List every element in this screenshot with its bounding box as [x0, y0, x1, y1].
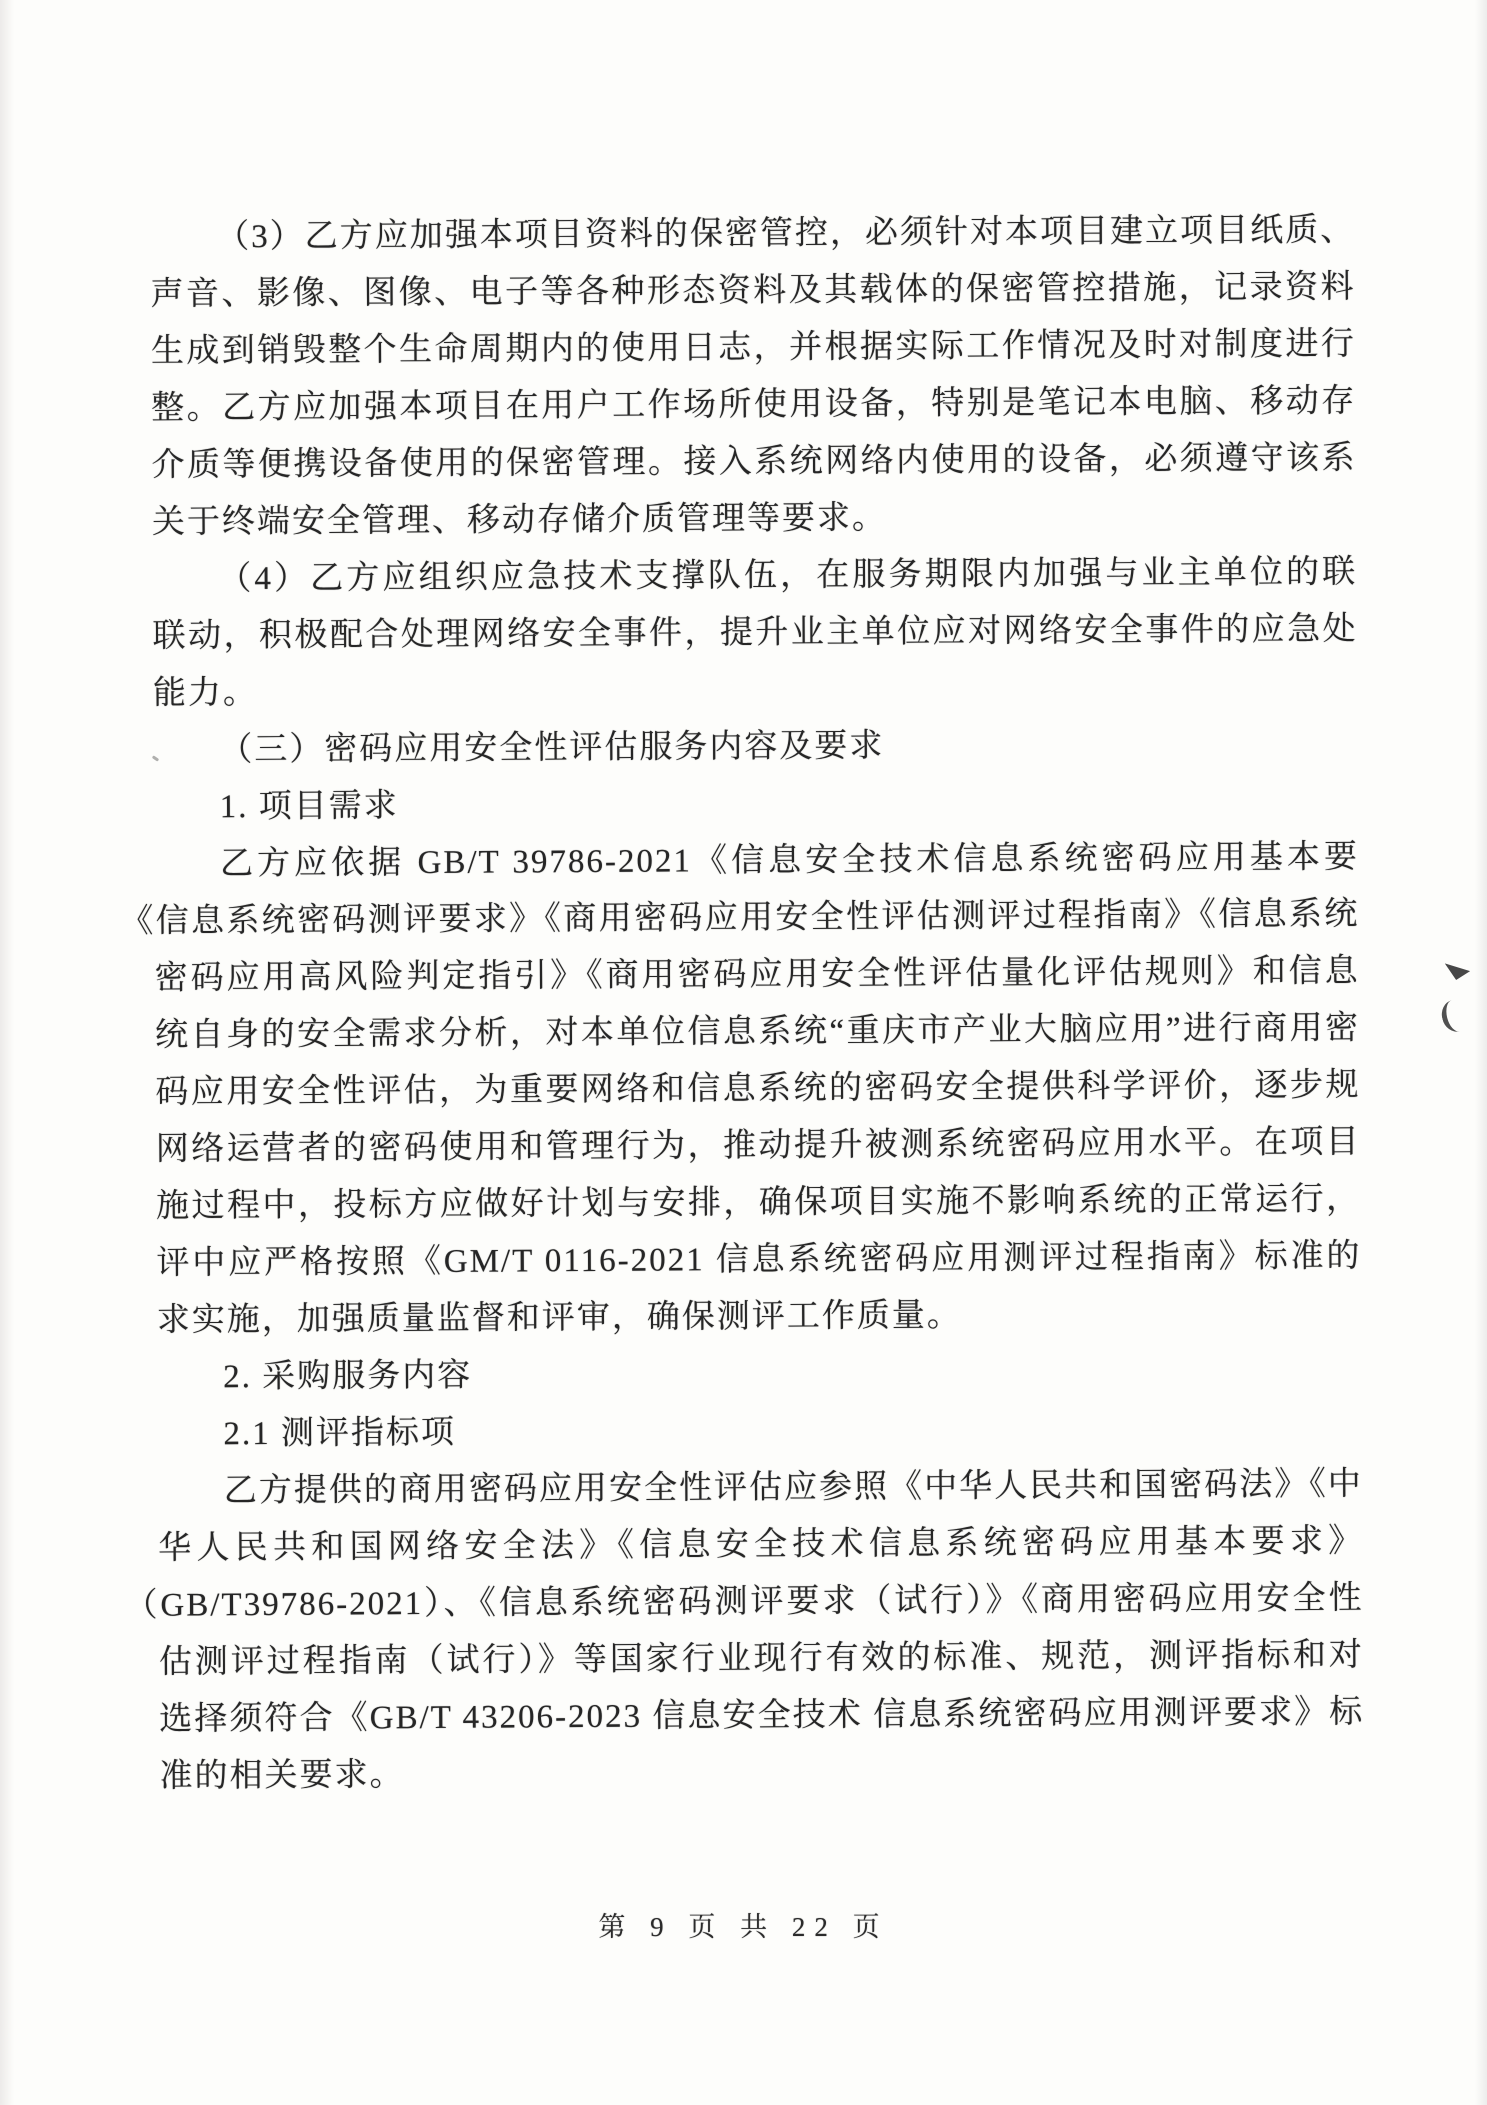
paragraph-line: 网络运营者的密码使用和管理行为，推动提升被测系统密码应用水平。在项目实 — [156, 1114, 1361, 1178]
scan-artifact-ink-mark — [1443, 962, 1471, 982]
section-heading: 2.1 测评指标项 — [157, 1399, 1362, 1463]
paragraph-line: 关于终端安全管理、移动存储介质管理等要求。 — [152, 487, 1357, 551]
document-body: （3）乙方应加强本项目资料的保密管控，必须针对本项目建立项目纸质、 声音、影像、… — [150, 202, 1365, 1805]
section-heading: 2. 采购服务内容 — [157, 1342, 1362, 1406]
paragraph-line: 选择须符合《GB/T 43206-2023 信息安全技术 信息系统密码应用测评要… — [159, 1684, 1364, 1748]
section-heading: （三）密码应用安全性评估服务内容及要求 — [153, 715, 1358, 779]
paragraph-line: 生成到销毁整个生命周期内的使用日志，并根据实际工作情况及时对制度进行调 — [151, 316, 1356, 380]
paragraph-line: 统自身的安全需求分析，对本单位信息系统“重庆市产业大脑应用”进行商用密 — [155, 1000, 1360, 1064]
paragraph-line: 乙方提供的商用密码应用安全性评估应参照《中华人民共和国密码法》《中 — [158, 1456, 1363, 1520]
scan-edge-shadow-right — [1475, 0, 1487, 2105]
paragraph-line: 施过程中，投标方应做好计划与安排，确保项目实施不影响系统的正常运行，测 — [156, 1171, 1361, 1235]
paragraph-line: 整。乙方应加强本项目在用户工作场所使用设备，特别是笔记本电脑、移动存储 — [151, 373, 1356, 437]
paragraph-line: 华人民共和国网络安全法》《信息安全技术信息系统密码应用基本要求》 — [158, 1513, 1363, 1577]
scan-artifact-ink-mark — [1439, 997, 1471, 1034]
paragraph-line: 求实施，加强质量监督和评审，确保测评工作质量。 — [157, 1285, 1362, 1349]
paragraph-line: 介质等便携设备使用的保密管理。接入系统网络内使用的设备，必须遵守该系统 — [151, 430, 1356, 494]
paragraph-line: 准的相关要求。 — [159, 1741, 1364, 1805]
paragraph-line: （3）乙方应加强本项目资料的保密管控，必须针对本项目建立项目纸质、 — [150, 202, 1355, 266]
paragraph-line: 能力。 — [153, 658, 1358, 722]
page-number-footer: 第 9 页 共 22 页 — [0, 1905, 1487, 1944]
scan-edge-shadow-left — [0, 0, 14, 2105]
scanned-document-page: （3）乙方应加强本项目资料的保密管控，必须针对本项目建立项目纸质、 声音、影像、… — [0, 0, 1487, 2105]
paragraph-line: （GB/T39786-2021）、《信息系统密码测评要求（试行）》《商用密码应用… — [124, 1570, 1363, 1635]
paragraph-line: 码应用安全性评估，为重要网络和信息系统的密码安全提供科学评价，逐步规范 — [155, 1057, 1360, 1121]
paragraph-line: 估测评过程指南（试行）》等国家行业现行有效的标准、规范，测评指标和对象 — [159, 1627, 1364, 1691]
paragraph-line: 声音、影像、图像、电子等各种形态资料及其载体的保密管控措施，记录资料由 — [150, 259, 1355, 323]
paragraph-line: （4）乙方应组织应急技术支撑队伍，在服务期限内加强与业主单位的联防、 — [152, 544, 1357, 608]
paragraph-line: 评中应严格按照《GM/T 0116-2021 信息系统密码应用测评过程指南》标准… — [156, 1228, 1361, 1292]
paragraph-line: 乙方应依据 GB/T 39786-2021《信息安全技术信息系统密码应用基本要求… — [154, 829, 1359, 893]
paragraph-line: 密码应用高风险判定指引》《商用密码应用安全性评估量化评估规则》和信息系 — [155, 943, 1360, 1007]
paragraph-line: 联动，积极配合处理网络安全事件，提升业主单位应对网络安全事件的应急处理 — [152, 601, 1357, 665]
paragraph-line: 《信息系统密码测评要求》《商用密码应用安全性评估测评过程指南》《信息系统 — [120, 886, 1359, 951]
section-heading: 1. 项目需求 — [153, 772, 1358, 836]
